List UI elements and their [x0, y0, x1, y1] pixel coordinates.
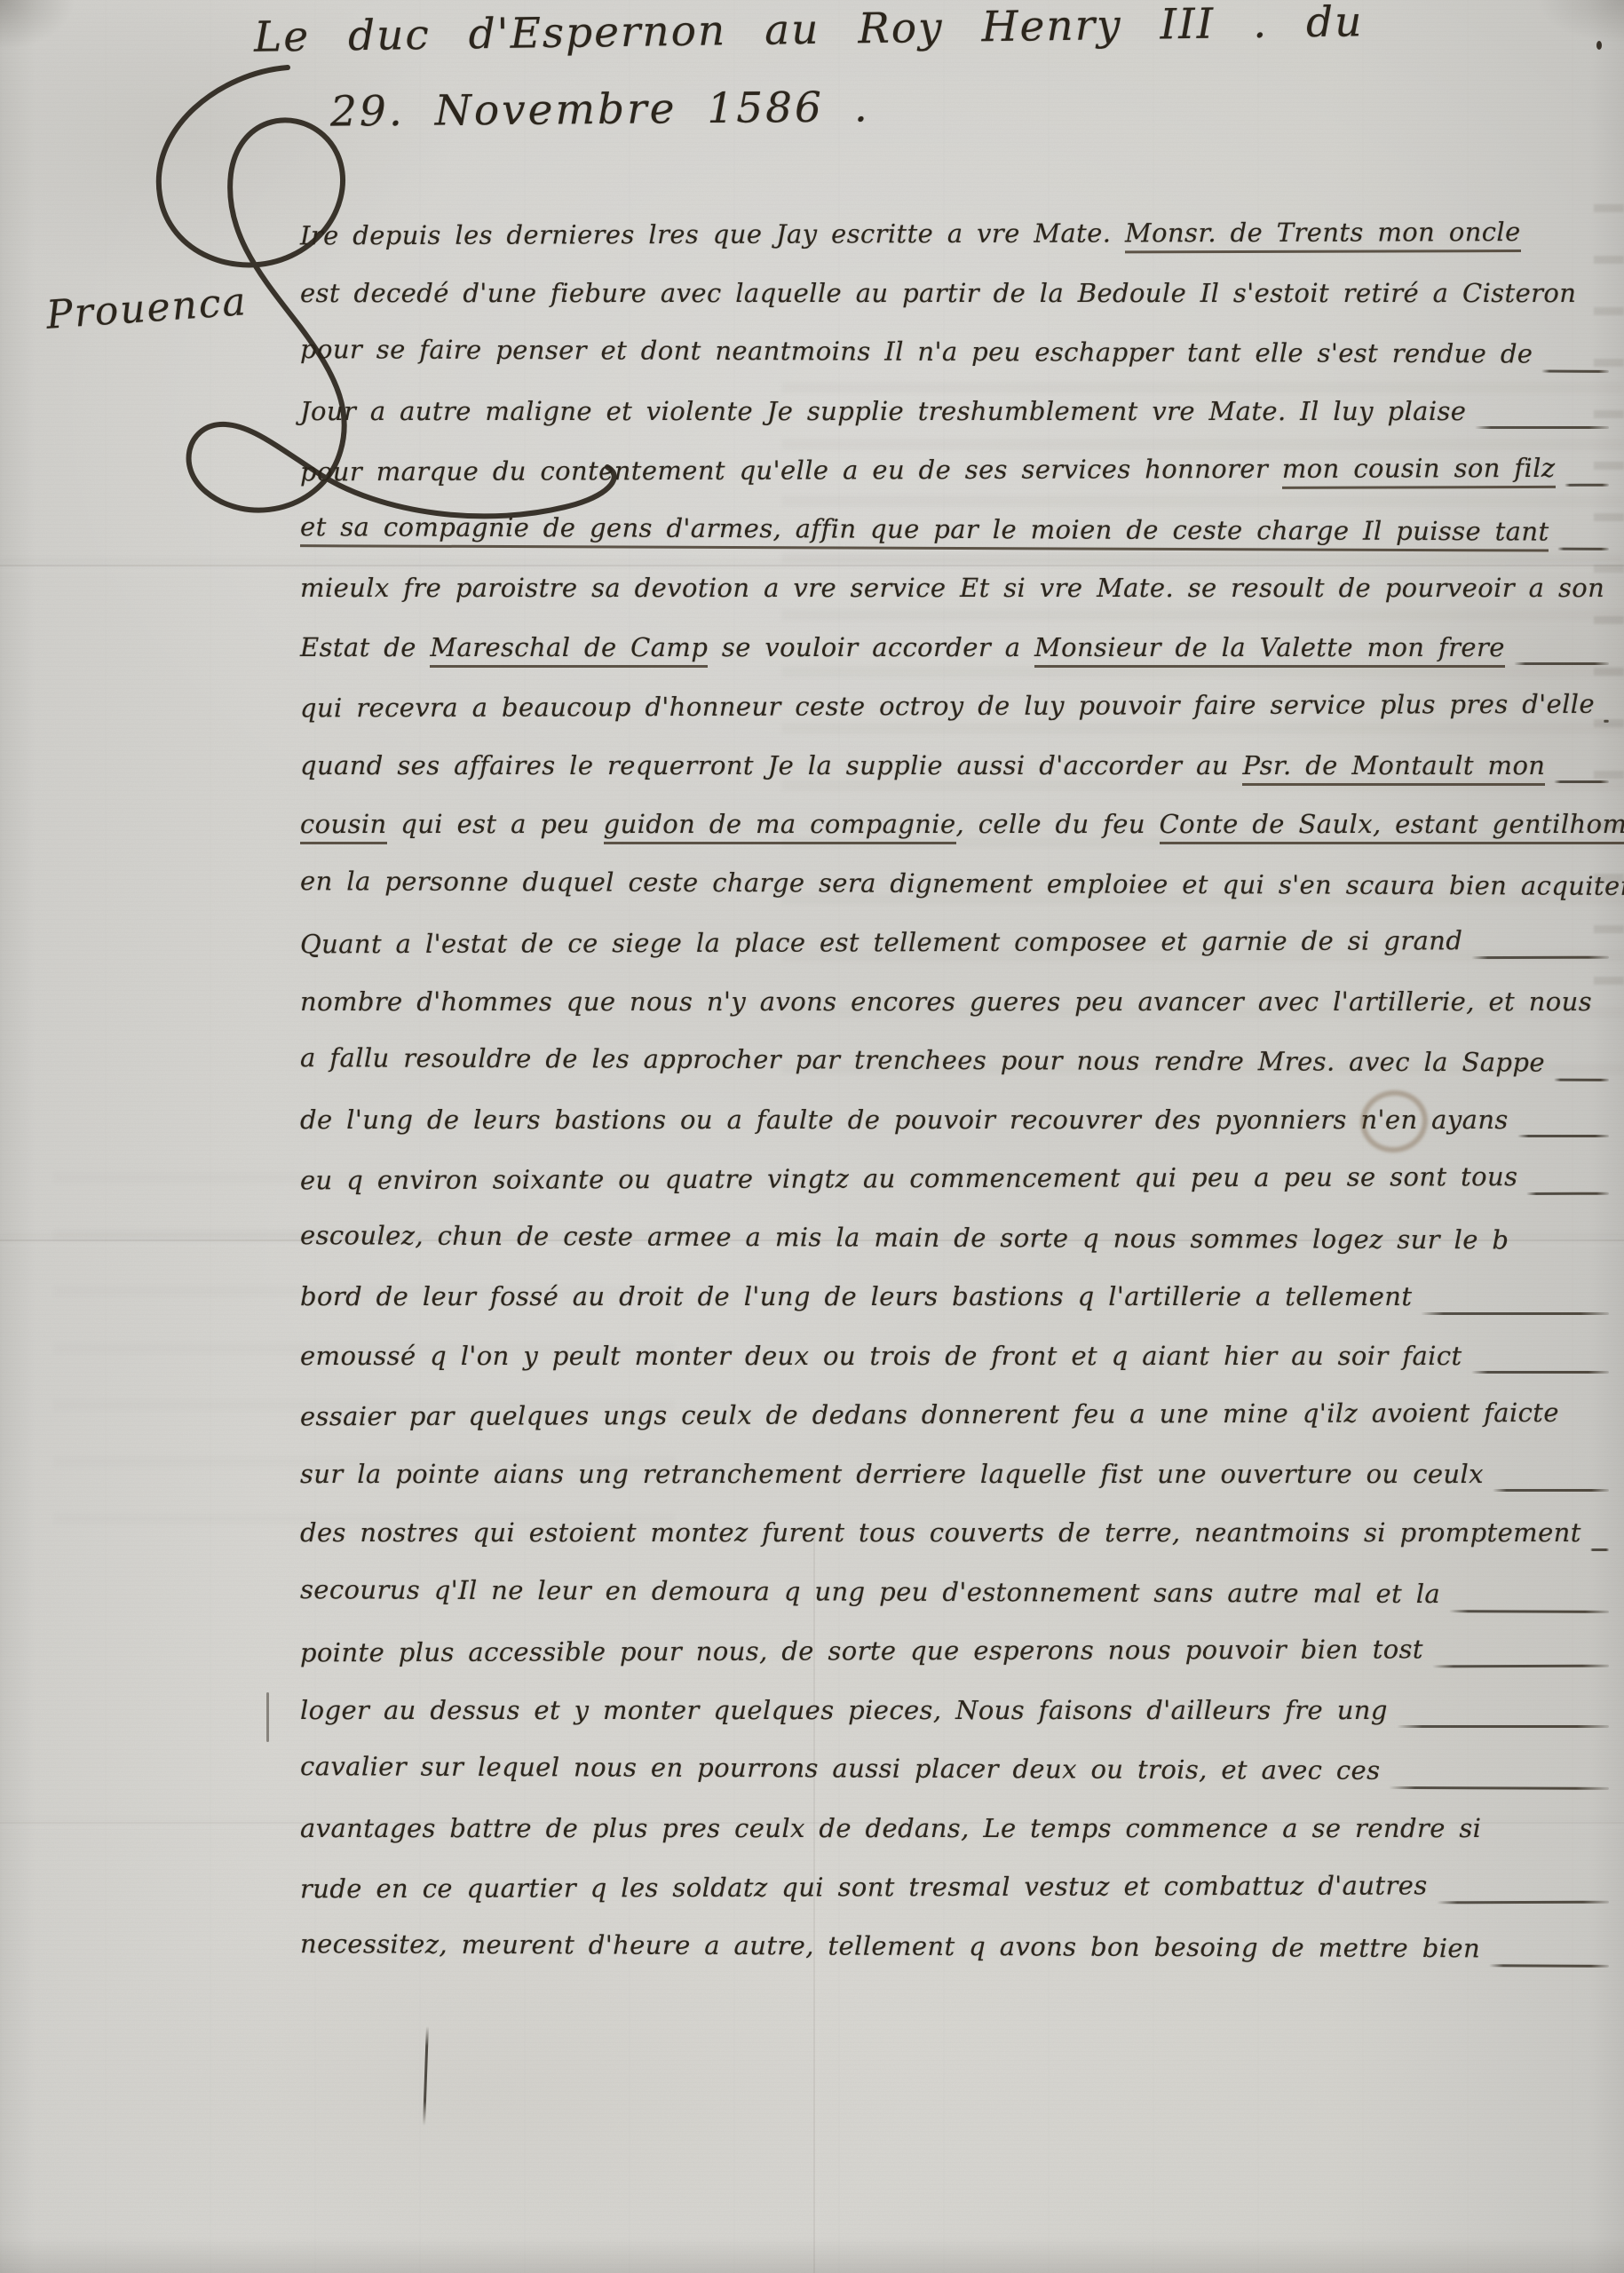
manuscript-line: sur la pointe aians ung retranchement de…	[300, 1459, 1614, 1518]
manuscript-line: eu q environ soixante ou quatre vingtz a…	[300, 1161, 1614, 1224]
line-filler-dash	[1449, 1609, 1609, 1612]
manuscript-line-text: emoussé q l'on y peult monter deux ou tr…	[300, 1341, 1462, 1371]
manuscript-line: emoussé q l'on y peult monter deux ou tr…	[300, 1341, 1614, 1400]
line-filler-dash	[1493, 1489, 1609, 1492]
manuscript-line-text: quand ses affaires le requerront Je la s…	[300, 750, 1545, 780]
manuscript-line: quand ses affaires le requerront Je la s…	[300, 750, 1614, 810]
manuscript-line-text: eu q environ soixante ou quatre vingtz a…	[300, 1161, 1518, 1195]
manuscript-line: des nostres qui estoient montez furent t…	[300, 1517, 1614, 1577]
line-filler-dash	[1471, 1371, 1609, 1374]
manuscript-line: loger au dessus et y monter quelques pie…	[300, 1695, 1614, 1754]
manuscript-line-text: bord de leur fossé au droit de l'ung de …	[300, 1281, 1412, 1311]
manuscript-line: pointe plus accessible pour nous, de sor…	[300, 1634, 1614, 1697]
manuscript-line: bord de leur fossé au droit de l'ung de …	[300, 1281, 1614, 1341]
manuscript-line: est decedé d'une fiebure avec laquelle a…	[300, 278, 1614, 337]
manuscript-line: en la personne duquel ceste charge sera …	[300, 866, 1614, 930]
heading-date: 29. Novembre 1586 .	[330, 83, 870, 136]
manuscript-line: cavalier sur lequel nous en pourrons aus…	[300, 1751, 1614, 1815]
manuscript-line-text: mieulx fre paroistre sa devotion a vre s…	[300, 573, 1604, 603]
line-filler-dash	[1557, 547, 1609, 550]
line-filler-dash	[1554, 780, 1609, 783]
manuscript-line: nombre d'hommes que nous n'y avons encor…	[300, 986, 1614, 1046]
manuscript-line: rude en ce quartier q les soldatz qui so…	[300, 1870, 1614, 1933]
manuscript-line-text: rude en ce quartier q les soldatz qui so…	[300, 1870, 1428, 1904]
manuscript-line-text: Ire depuis les dernieres lres que Jay es…	[300, 217, 1521, 250]
manuscript-line: essaier par quelques ungs ceulx de dedan…	[300, 1398, 1614, 1461]
ink-speck	[1596, 41, 1602, 50]
manuscript-line-text: a fallu resouldre de les approcher par t…	[300, 1042, 1545, 1077]
corner-shadow	[0, 0, 107, 80]
manuscript-line-text: des nostres qui estoient montez furent t…	[300, 1517, 1581, 1548]
manuscript-line: cousin qui est a peu guidon de ma compag…	[300, 809, 1614, 868]
manuscript-line-text: escoulez, chun de ceste armee a mis la m…	[300, 1220, 1509, 1255]
manuscript-line: Jour a autre maligne et violente Je supp…	[300, 396, 1614, 455]
manuscript-line-text: Jour a autre maligne et violente Je supp…	[300, 396, 1466, 426]
manuscript-line-text: secourus q'Il ne leur en demoura q ung p…	[300, 1574, 1440, 1609]
manuscript-line: pour marque du contentement qu'elle a eu…	[300, 453, 1614, 516]
manuscript-line-text: nombre d'hommes que nous n'y avons encor…	[300, 986, 1592, 1017]
manuscript-line-text: essaier par quelques ungs ceulx de dedan…	[300, 1398, 1559, 1431]
manuscript-line-text: pour marque du contentement qu'elle a eu…	[300, 453, 1556, 487]
edge-shadow	[0, 2237, 1624, 2273]
manuscript-line: a fallu resouldre de les approcher par t…	[300, 1042, 1614, 1106]
ink-speck	[266, 1692, 269, 1742]
manuscript-line-text: de l'ung de leurs bastions ou a faulte d…	[300, 1105, 1509, 1135]
manuscript-page: Le duc d'Espernon au Roy Henry III . du …	[0, 0, 1624, 2273]
line-filler-dash	[1389, 1786, 1609, 1790]
line-filler-dash	[1437, 1900, 1609, 1904]
manuscript-line-text: cousin qui est a peu guidon de ma compag…	[300, 809, 1624, 839]
manuscript-line-text: Quant a l'estat de ce siege la place est…	[300, 925, 1462, 959]
ink-crack-mark	[423, 2026, 429, 2126]
manuscript-line-text: cavalier sur lequel nous en pourrons aus…	[300, 1751, 1380, 1786]
manuscript-line: Ire depuis les dernieres lres que Jay es…	[300, 217, 1614, 280]
line-filler-dash	[1565, 483, 1609, 486]
manuscript-line-text: Estat de Mareschal de Camp se vouloir ac…	[300, 632, 1505, 662]
manuscript-line: et sa compagnie de gens d'armes, affin q…	[300, 511, 1614, 575]
manuscript-line-text: pour se faire penser et dont neantmoins …	[300, 334, 1533, 368]
manuscript-line: qui recevra a beaucoup d'honneur ceste o…	[300, 689, 1614, 752]
line-filler-dash	[1397, 1725, 1609, 1728]
manuscript-line-text: sur la pointe aians ung retranchement de…	[300, 1459, 1484, 1489]
manuscript-line-text: en la personne duquel ceste charge sera …	[300, 866, 1624, 901]
line-filler-dash	[1604, 719, 1609, 722]
manuscript-line: necessitez, meurent d'heure a autre, tel…	[300, 1928, 1614, 1992]
line-filler-dash	[1514, 662, 1609, 665]
line-filler-dash	[1554, 1078, 1609, 1081]
manuscript-line: pour se faire penser et dont neantmoins …	[300, 334, 1614, 398]
heading-title: Le duc d'Espernon au Roy Henry III . du	[254, 0, 1364, 62]
line-filler-dash	[1590, 1548, 1609, 1551]
manuscript-line-text: est decedé d'une fiebure avec laquelle a…	[300, 278, 1576, 308]
manuscript-line-text: qui recevra a beaucoup d'honneur ceste o…	[300, 689, 1595, 724]
line-filler-dash	[1541, 369, 1609, 372]
manuscript-line: secourus q'Il ne leur en demoura q ung p…	[300, 1574, 1614, 1638]
manuscript-line-text: avantages battre de plus pres ceulx de d…	[300, 1813, 1481, 1843]
line-filler-dash	[1517, 1135, 1609, 1137]
corner-shadow	[1500, 0, 1624, 71]
manuscript-line: Estat de Mareschal de Camp se vouloir ac…	[300, 632, 1614, 692]
manuscript-line-text: necessitez, meurent d'heure a autre, tel…	[300, 1928, 1480, 1963]
line-filler-dash	[1526, 1192, 1609, 1194]
manuscript-line: avantages battre de plus pres ceulx de d…	[300, 1813, 1614, 1873]
line-filler-dash	[1475, 426, 1609, 429]
manuscript-line: mieulx fre paroistre sa devotion a vre s…	[300, 573, 1614, 632]
line-filler-dash	[1421, 1312, 1609, 1315]
line-filler-dash	[1432, 1664, 1609, 1667]
manuscript-line-text: loger au dessus et y monter quelques pie…	[300, 1695, 1388, 1725]
manuscript-line: Quant a l'estat de ce siege la place est…	[300, 925, 1614, 988]
line-filler-dash	[1471, 955, 1609, 958]
line-filler-dash	[1489, 1964, 1609, 1968]
manuscript-line-text: pointe plus accessible pour nous, de sor…	[300, 1634, 1423, 1667]
manuscript-line: escoulez, chun de ceste armee a mis la m…	[300, 1220, 1614, 1284]
manuscript-line-text: et sa compagnie de gens d'armes, affin q…	[300, 511, 1549, 546]
